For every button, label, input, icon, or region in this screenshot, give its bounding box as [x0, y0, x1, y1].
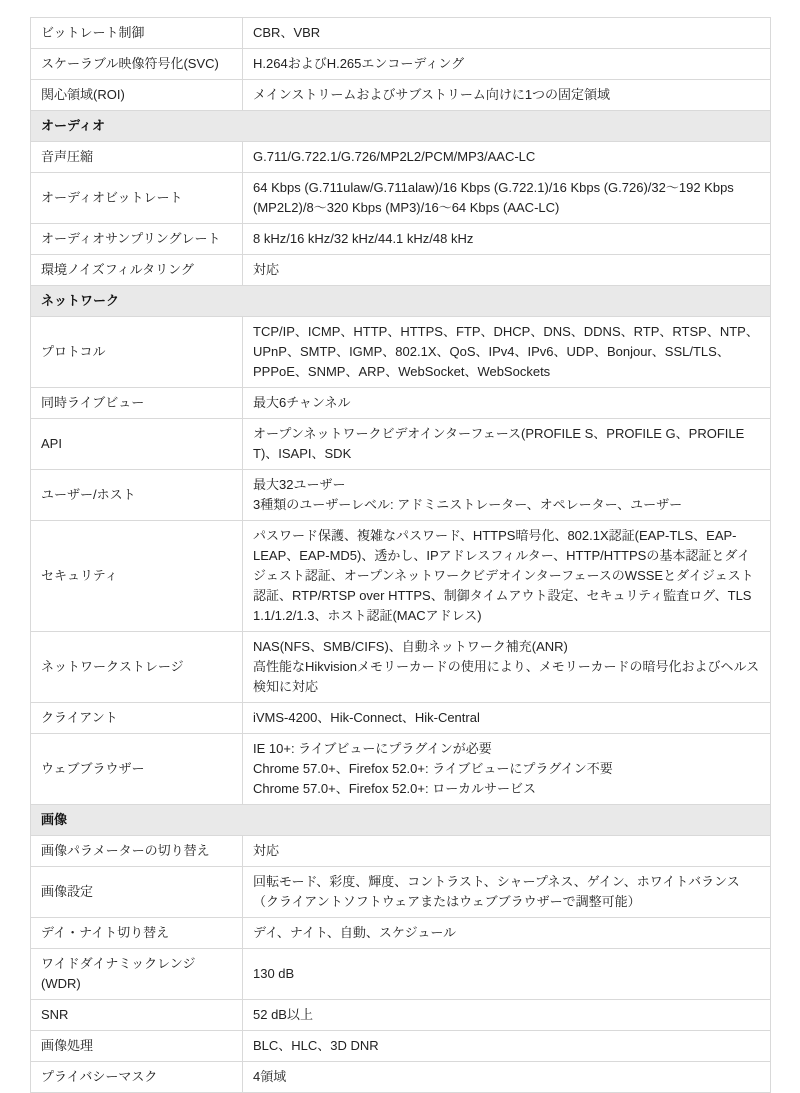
spec-value: 最大6チャンネル — [243, 388, 771, 419]
spec-value: 4領域 — [243, 1062, 771, 1093]
spec-row: 環境ノイズフィルタリング対応 — [31, 255, 771, 286]
spec-label: SNR — [31, 1000, 243, 1031]
spec-value: BLC、HLC、3D DNR — [243, 1031, 771, 1062]
spec-row: セキュリティパスワード保護、複雑なパスワード、HTTPS暗号化、802.1X認証… — [31, 521, 771, 632]
spec-label: 音声圧縮 — [31, 142, 243, 173]
spec-row: デイ・ナイト切り替えデイ、ナイト、自動、スケジュール — [31, 918, 771, 949]
spec-label: ネットワークストレージ — [31, 632, 243, 703]
spec-row: 音声圧縮G.711/G.722.1/G.726/MP2L2/PCM/MP3/AA… — [31, 142, 771, 173]
spec-label: クライアント — [31, 703, 243, 734]
spec-value: オープンネットワークビデオインターフェース(PROFILE S、PROFILE … — [243, 419, 771, 470]
spec-label: 関心領域(ROI) — [31, 80, 243, 111]
spec-value: デイ、ナイト、自動、スケジュール — [243, 918, 771, 949]
spec-row: ネットワークストレージNAS(NFS、SMB/CIFS)、自動ネットワーク補充(… — [31, 632, 771, 703]
spec-row: オーディオビットレート64 Kbps (G.711ulaw/G.711alaw)… — [31, 173, 771, 224]
section-title: オーディオ — [31, 111, 771, 142]
spec-row: 同時ライブビュー最大6チャンネル — [31, 388, 771, 419]
spec-page: ビットレート制御CBR、VBRスケーラブル映像符号化(SVC)H.264およびH… — [0, 0, 800, 1093]
section-header-row: オーディオ — [31, 111, 771, 142]
spec-row: 関心領域(ROI)メインストリームおよびサブストリーム向けに1つの固定領域 — [31, 80, 771, 111]
spec-label: オーディオサンプリングレート — [31, 224, 243, 255]
spec-label: セキュリティ — [31, 521, 243, 632]
spec-row: オーディオサンプリングレート8 kHz/16 kHz/32 kHz/44.1 k… — [31, 224, 771, 255]
spec-label: ワイドダイナミックレンジ(WDR) — [31, 949, 243, 1000]
spec-label: ビットレート制御 — [31, 18, 243, 49]
spec-value: 8 kHz/16 kHz/32 kHz/44.1 kHz/48 kHz — [243, 224, 771, 255]
spec-row: 画像設定回転モード、彩度、輝度、コントラスト、シャープネス、ゲイン、ホワイトバラ… — [31, 867, 771, 918]
spec-table-container: ビットレート制御CBR、VBRスケーラブル映像符号化(SVC)H.264およびH… — [0, 0, 800, 1093]
spec-label: オーディオビットレート — [31, 173, 243, 224]
spec-label: スケーラブル映像符号化(SVC) — [31, 49, 243, 80]
spec-value: 最大32ユーザー 3種類のユーザーレベル: アドミニストレーター、オペレーター、… — [243, 470, 771, 521]
spec-label: 環境ノイズフィルタリング — [31, 255, 243, 286]
spec-row: 画像処理BLC、HLC、3D DNR — [31, 1031, 771, 1062]
spec-row: プロトコルTCP/IP、ICMP、HTTP、HTTPS、FTP、DHCP、DNS… — [31, 317, 771, 388]
spec-label: プライバシーマスク — [31, 1062, 243, 1093]
spec-value: 130 dB — [243, 949, 771, 1000]
spec-value: IE 10+: ライブビューにプラグインが必要 Chrome 57.0+、Fir… — [243, 734, 771, 805]
spec-label: デイ・ナイト切り替え — [31, 918, 243, 949]
spec-row: スケーラブル映像符号化(SVC)H.264およびH.265エンコーディング — [31, 49, 771, 80]
spec-label: 画像処理 — [31, 1031, 243, 1062]
spec-row: 画像パラメーターの切り替え対応 — [31, 836, 771, 867]
spec-table-body: ビットレート制御CBR、VBRスケーラブル映像符号化(SVC)H.264およびH… — [31, 18, 771, 1093]
spec-row: ユーザー/ホスト最大32ユーザー 3種類のユーザーレベル: アドミニストレーター… — [31, 470, 771, 521]
spec-row: APIオープンネットワークビデオインターフェース(PROFILE S、PROFI… — [31, 419, 771, 470]
spec-value: H.264およびH.265エンコーディング — [243, 49, 771, 80]
spec-value: NAS(NFS、SMB/CIFS)、自動ネットワーク補充(ANR) 高性能なHi… — [243, 632, 771, 703]
spec-label: ウェブブラウザー — [31, 734, 243, 805]
section-header-row: ネットワーク — [31, 286, 771, 317]
spec-row: クライアントiVMS-4200、Hik-Connect、Hik-Central — [31, 703, 771, 734]
section-title: ネットワーク — [31, 286, 771, 317]
spec-value: パスワード保護、複雑なパスワード、HTTPS暗号化、802.1X認証(EAP-T… — [243, 521, 771, 632]
spec-row: SNR52 dB以上 — [31, 1000, 771, 1031]
spec-value: 52 dB以上 — [243, 1000, 771, 1031]
spec-label: プロトコル — [31, 317, 243, 388]
spec-row: ワイドダイナミックレンジ(WDR)130 dB — [31, 949, 771, 1000]
spec-value: iVMS-4200、Hik-Connect、Hik-Central — [243, 703, 771, 734]
spec-row: プライバシーマスク4領域 — [31, 1062, 771, 1093]
spec-label: 同時ライブビュー — [31, 388, 243, 419]
spec-value: 64 Kbps (G.711ulaw/G.711alaw)/16 Kbps (G… — [243, 173, 771, 224]
spec-label: ユーザー/ホスト — [31, 470, 243, 521]
spec-value: CBR、VBR — [243, 18, 771, 49]
spec-table: ビットレート制御CBR、VBRスケーラブル映像符号化(SVC)H.264およびH… — [30, 17, 771, 1093]
spec-row: ビットレート制御CBR、VBR — [31, 18, 771, 49]
spec-value: 回転モード、彩度、輝度、コントラスト、シャープネス、ゲイン、ホワイトバランス（ク… — [243, 867, 771, 918]
spec-value: 対応 — [243, 836, 771, 867]
spec-label: 画像設定 — [31, 867, 243, 918]
section-header-row: 画像 — [31, 805, 771, 836]
spec-value: メインストリームおよびサブストリーム向けに1つの固定領域 — [243, 80, 771, 111]
section-title: 画像 — [31, 805, 771, 836]
spec-row: ウェブブラウザーIE 10+: ライブビューにプラグインが必要 Chrome 5… — [31, 734, 771, 805]
spec-value: G.711/G.722.1/G.726/MP2L2/PCM/MP3/AAC-LC — [243, 142, 771, 173]
spec-label: API — [31, 419, 243, 470]
spec-label: 画像パラメーターの切り替え — [31, 836, 243, 867]
spec-value: 対応 — [243, 255, 771, 286]
spec-value: TCP/IP、ICMP、HTTP、HTTPS、FTP、DHCP、DNS、DDNS… — [243, 317, 771, 388]
